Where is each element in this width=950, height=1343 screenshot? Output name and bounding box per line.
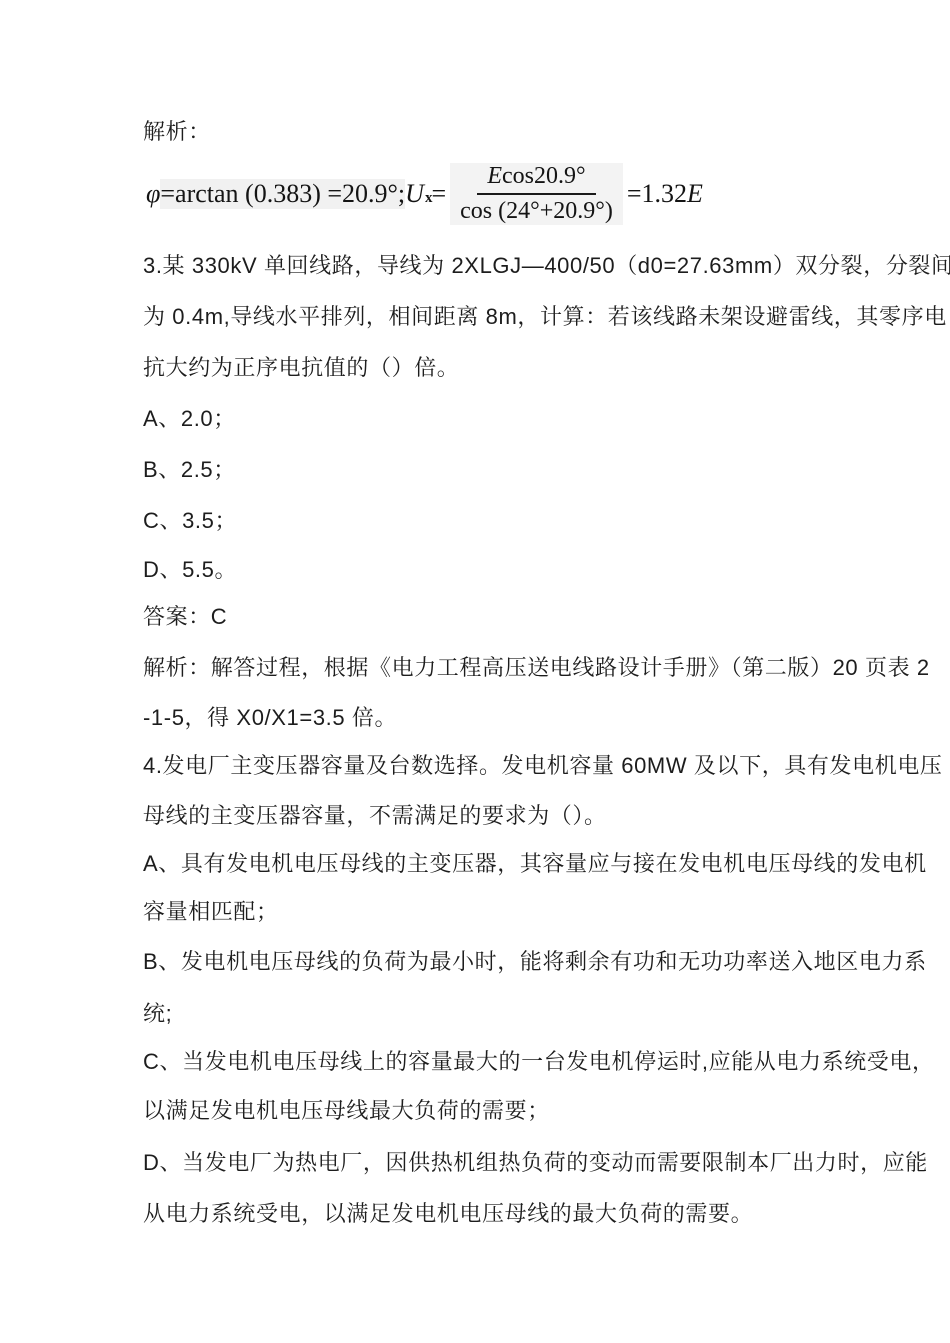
formula-fraction: Ecos20.9°cos (24°+20.9°) <box>450 163 623 225</box>
analysis-heading: 解析： <box>143 118 211 146</box>
formula-result-e: E <box>687 179 703 209</box>
fraction-denominator: cos (24°+20.9°) <box>450 195 623 225</box>
question-3-line-3: 抗大约为正序电抗值的（）倍。 <box>143 354 459 382</box>
q4-option-c-line-1: C、当发电机电压母线上的容量最大的一台发电机停运时,应能从电力系统受电， <box>143 1048 935 1076</box>
q4-option-b-line-2: 统; <box>143 1000 172 1028</box>
formula: φ=arctan (0.383) =20.9°; Ux=Ecos20.9°cos… <box>146 163 703 225</box>
formula-result: =1.32 <box>627 179 687 209</box>
q4-option-d-line-2: 从电力系统受电，以满足发电机电压母线的最大负荷的需要。 <box>143 1200 753 1228</box>
q3-option-a: A、2.0； <box>143 405 236 433</box>
q3-analysis-line-1: 解析：解答过程，根据《电力工程高压送电线路设计手册》（第二版）20 页表 2 <box>143 654 930 682</box>
question-3-line-2: 为 0.4m,导线水平排列，相间距离 8m，计算：若该线路未架设避雷线，其零序电 <box>143 303 947 331</box>
q4-option-d-line-1: D、当发电厂为热电厂，因供热机组热负荷的变动而需要限制本厂出力时，应能 <box>143 1149 928 1177</box>
question-4-line-2: 母线的主变压器容量，不需满足的要求为（）。 <box>143 802 607 830</box>
q4-option-a-line-1: A、具有发电机电压母线的主变压器，其容量应与接在发电机电压母线的发电机 <box>143 850 927 878</box>
q3-option-b: B、2.5； <box>143 456 236 484</box>
q3-answer: 答案：C <box>143 603 227 631</box>
q3-option-c: C、3.5； <box>143 507 237 535</box>
q4-option-a-line-2: 容量相匹配； <box>143 898 279 926</box>
q3-option-d: D、5.5。 <box>143 556 237 584</box>
formula-equals: = <box>431 179 446 209</box>
q3-analysis-line-2: -1-5，得 X0/X1=3.5 倍。 <box>143 704 397 732</box>
question-3-line-1: 3.某 330kV 单回线路，导线为 2XLGJ—400/50（d0=27.63… <box>143 252 950 280</box>
fraction-numerator-e: E <box>487 163 502 189</box>
formula-lead: =arctan (0.383) =20.9°; <box>160 179 405 209</box>
q4-option-b-line-1: B、发电机电压母线的负荷为最小时，能将剩余有功和无功功率送入地区电力系 <box>143 948 927 976</box>
formula-phi: φ <box>146 179 160 209</box>
formula-u-symbol: U <box>405 179 424 209</box>
q4-option-c-line-2: 以满足发电机电压母线最大负荷的需要； <box>143 1097 550 1125</box>
document-page: 解析： φ=arctan (0.383) =20.9°; Ux=Ecos20.9… <box>0 0 950 1343</box>
question-4-line-1: 4.发电厂主变压器容量及台数选择。发电机容量 60MW 及以下，具有发电机电压 <box>143 752 943 780</box>
fraction-numerator: cos20.9° <box>502 163 586 189</box>
